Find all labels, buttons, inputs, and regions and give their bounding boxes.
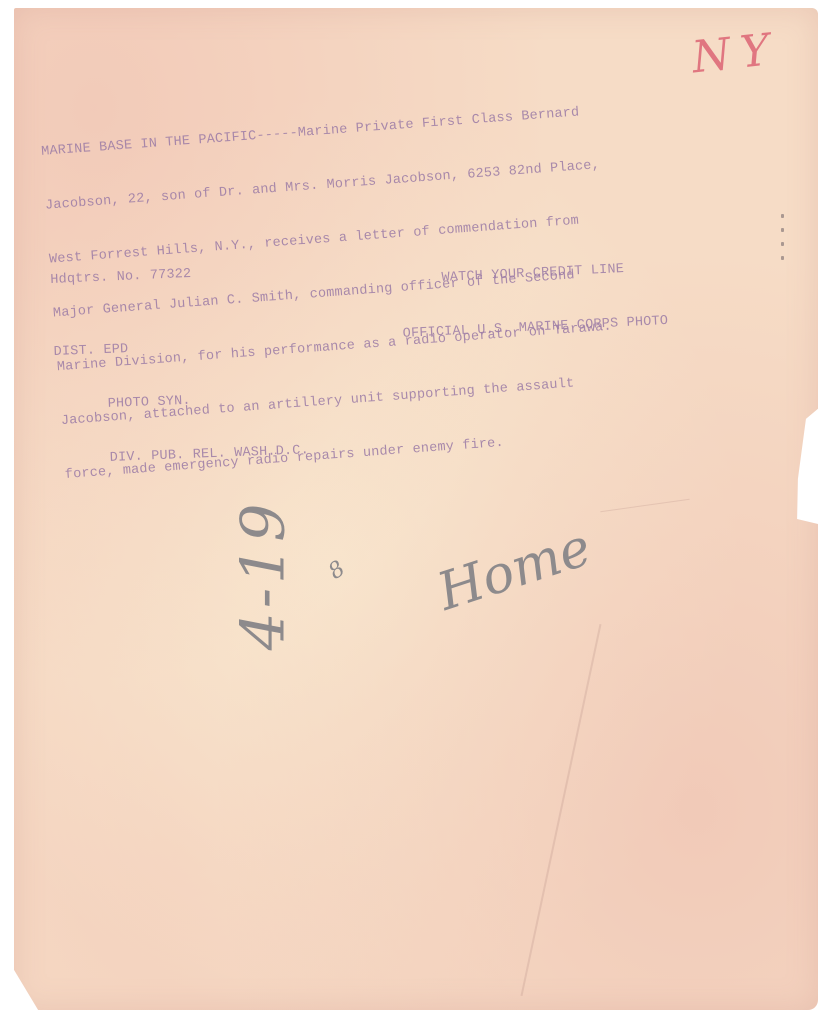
distribution-line: PHOTO SYN. bbox=[55, 388, 307, 416]
distribution-line: DIV. PUB. REL. WASH.D.C. bbox=[58, 442, 310, 470]
caption-line: MARINE BASE IN THE PACIFIC-----Marine Pr… bbox=[41, 103, 597, 162]
credit-line-official: OFFICIAL U.S. MARINE CORPS PHOTO bbox=[402, 313, 668, 344]
edge-punch-marks bbox=[779, 214, 785, 260]
distribution-label: DIST. EPD bbox=[53, 334, 305, 362]
credit-line-watch: WATCH YOUR CREDIT LINE bbox=[400, 259, 666, 290]
handwritten-date: 4-19 bbox=[228, 500, 298, 651]
credit-block: WATCH YOUR CREDIT LINE OFFICIAL U.S. MAR… bbox=[398, 223, 669, 362]
distribution-block: DIST. EPD PHOTO SYN. DIV. PUB. REL. WASH… bbox=[52, 298, 310, 488]
caption-line: Jacobson, 22, son of Dr. and Mrs. Morris… bbox=[45, 157, 601, 216]
handwritten-state-mark: NY bbox=[690, 24, 782, 84]
